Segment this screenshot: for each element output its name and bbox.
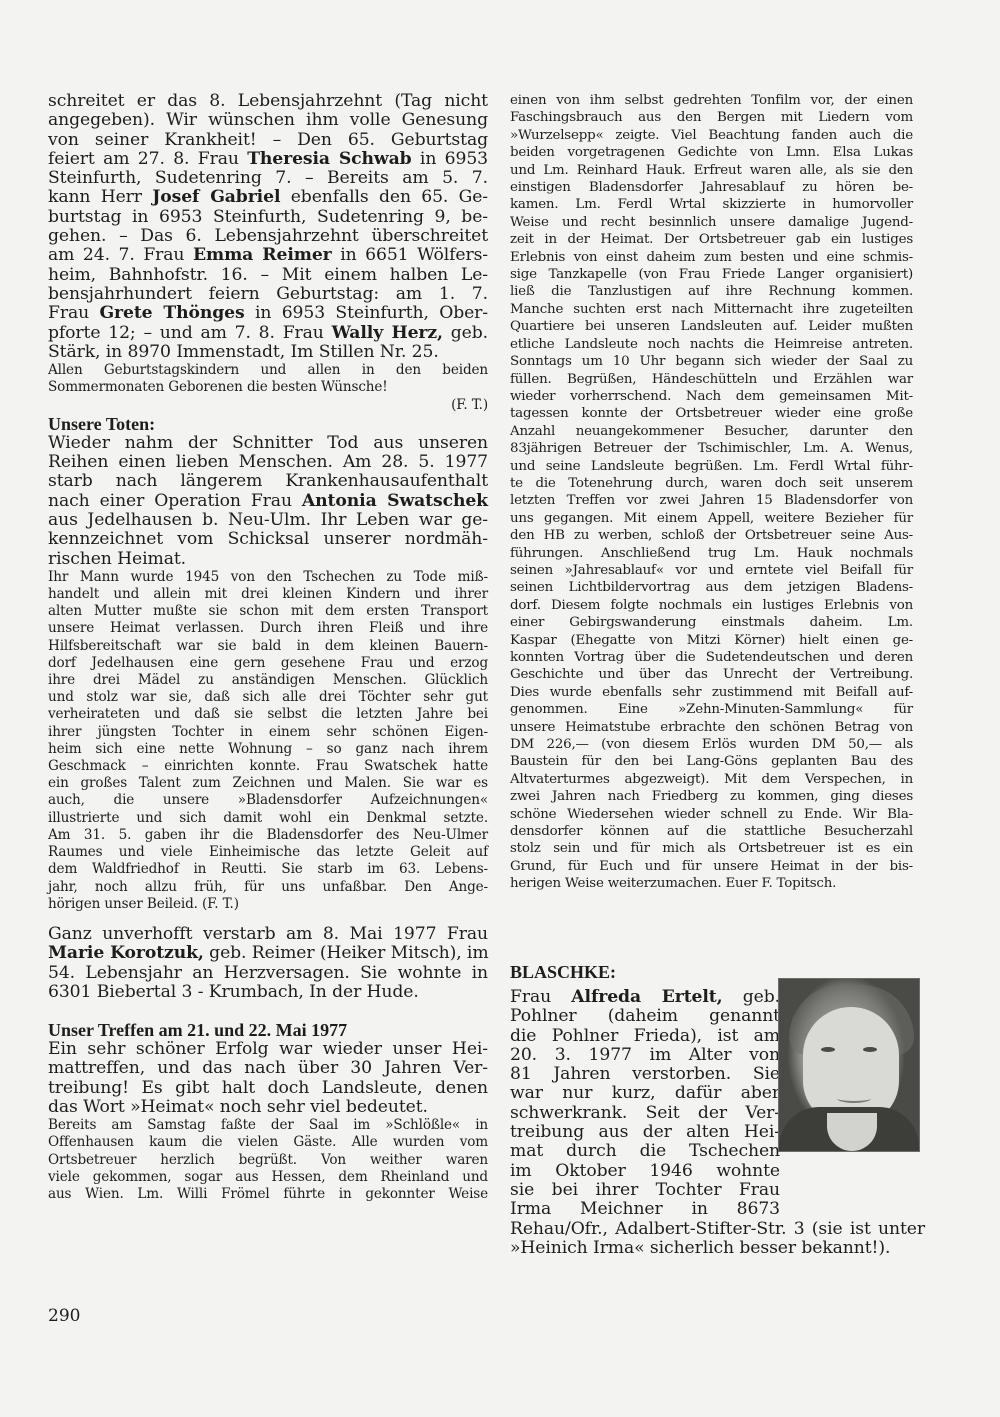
text-line: Ihr Mann wurde 1945 von den Tschechen zu… xyxy=(48,569,488,586)
text-line: letzten Treffen vor zwei Jahren 15 Blade… xyxy=(510,492,913,509)
text-line: rischen Heimat. xyxy=(48,550,488,569)
text-line: kamen. Lm. Ferdl Wrtal skizzierte in hum… xyxy=(510,196,913,213)
text-line: sige Tanzkapelle (von Frau Friede Langer… xyxy=(510,266,913,283)
text-line: handelt und allein mit drei kleinen Kind… xyxy=(48,586,488,603)
text-line: Anzahl neuangekommener Besucher, darunte… xyxy=(510,423,913,440)
blaschke-obituary-end: Rehau/Ofr., Adalbert-Stifter-Str. 3 (sie… xyxy=(510,1220,925,1259)
text-line: bensjahrhundert feiern Geburtstag: am 1.… xyxy=(48,285,488,304)
text-line: uns gegangen. Mit einem Appell, weitere … xyxy=(510,510,913,527)
birthdays-closing: Allen Geburtstagskindern und allen in de… xyxy=(48,362,488,396)
text-line: einen von ihm selbst gedrehten Tonfilm v… xyxy=(510,92,913,109)
person-name: Grete Thönges xyxy=(99,303,244,323)
text-line: und stolz war sie, daß sich alle drei Tö… xyxy=(48,689,488,706)
text-line: herigen Weise weiterzumachen. Euer F. To… xyxy=(510,875,913,892)
person-name: Wally Herz, xyxy=(332,323,443,343)
text-line: alten Mutter mußte sie schon mit dem ers… xyxy=(48,603,488,620)
text-line: seinen »Jahresablauf« vor und erntete vi… xyxy=(510,562,913,579)
korotzuk-notice: Ganz unverhofft verstarb am 8. Mai 1977 … xyxy=(48,925,488,1002)
text-line: Frau Alfreda Ertelt, geb. xyxy=(510,988,780,1007)
treffen-heading: Unser Treffen am 21. und 22. Mai 1977 xyxy=(48,1020,488,1040)
text-line: einer Gebirgswanderung einstmals daheim.… xyxy=(510,614,913,631)
text-line: schöne Wiedersehen wieder schnell zu End… xyxy=(510,806,913,823)
text-line: gehen. – Das 6. Lebensjahrzehnt überschr… xyxy=(48,227,488,246)
birthdays-signature: (F. T.) xyxy=(48,397,488,414)
text-line: stolz sein und für mich als Ortsbetreuer… xyxy=(510,840,913,857)
text-line: Geschmack – einrichten konnte. Frau Swat… xyxy=(48,758,488,775)
text-line: treibung! Es gibt halt doch Landsleute, … xyxy=(48,1079,488,1098)
text-line: das Wort »Heimat« noch sehr viel bedeute… xyxy=(48,1098,488,1117)
text-line: Pohlner (daheim genannt xyxy=(510,1007,780,1026)
text-line: etliche Landsleute noch nachts die Heimr… xyxy=(510,336,913,353)
text-line: ließ die Tanzlustigen auf ihre Rechnung … xyxy=(510,283,913,300)
text-line: Manche suchten erst nach Mitternacht ihr… xyxy=(510,301,913,318)
text-line: und seine Landsleute begrüßen. Lm. Ferdl… xyxy=(510,458,913,475)
text-line: Faschingsbrauch aus den Bergen mit Liede… xyxy=(510,109,913,126)
person-name: Josef Gabriel xyxy=(152,187,280,207)
text-line: starb nach längerem Krankenhausaufenthal… xyxy=(48,472,488,491)
treffen-body: Bereits am Samstag faßte der Saal im »Sc… xyxy=(48,1117,488,1203)
text-line: »Wurzelsepp« zeigte. Viel Beachtung fand… xyxy=(510,127,913,144)
text-line: Sonntags um 10 Uhr begann sich wieder de… xyxy=(510,353,913,370)
text-line: ihre drei Mädel zu anständigen Menschen.… xyxy=(48,672,488,689)
text-line: zeit in der Heimat. Der Ortsbetreuer gab… xyxy=(510,231,913,248)
text-line: schreitet er das 8. Lebensjahrzehnt (Tag… xyxy=(48,92,488,111)
left-column: schreitet er das 8. Lebensjahrzehnt (Tag… xyxy=(48,92,488,1203)
document-page: schreitet er das 8. Lebensjahrzehnt (Tag… xyxy=(0,0,1000,1417)
text-line: kann Herr Josef Gabriel ebenfalls den 65… xyxy=(48,188,488,207)
text-line: tagessen konnte der Ortsbetreuer wieder … xyxy=(510,405,913,422)
text-line: die Pohlner Frieda), ist am xyxy=(510,1027,780,1046)
text-line: feiert am 27. 8. Frau Theresia Schwab in… xyxy=(48,150,488,169)
text-line: unsere Heimatstube erbrachte den schönen… xyxy=(510,719,913,736)
text-line: Hilfsbereitschaft war sie bald in dem kl… xyxy=(48,638,488,655)
text-line: densdorfer können auf die stattliche Bes… xyxy=(510,823,913,840)
text-line: 6301 Biebertal 3 - Krumbach, In der Hude… xyxy=(48,983,488,1002)
birthdays-section: schreitet er das 8. Lebensjahrzehnt (Tag… xyxy=(48,92,488,362)
text-line: Sommermonaten Geborenen die besten Wünsc… xyxy=(48,379,488,396)
text-line: 81 Jahren verstorben. Sie xyxy=(510,1065,780,1084)
text-line: hörigen unser Beileid. (F. T.) xyxy=(48,896,488,913)
text-line: wieder vorherrschend. Nach dem gemeinsam… xyxy=(510,388,913,405)
person-name: Alfreda Ertelt, xyxy=(571,987,722,1007)
text-line: heim, Bahnhofstr. 16. – Mit einem halben… xyxy=(48,266,488,285)
text-line: illustrierte und sich damit wohl ein Den… xyxy=(48,810,488,827)
text-line: Ortsbetreuer herzlich begrüßt. Von weith… xyxy=(48,1152,488,1169)
text-line: beiden vorgetragenen Gedichte von Lmn. E… xyxy=(510,144,913,161)
text-line: am 24. 7. Frau Emma Reimer in 6651 Wölfe… xyxy=(48,246,488,265)
text-line: Steinfurth, Sudetenring 7. – Bereits am … xyxy=(48,169,488,188)
text-line: Grund, für Euch und für unsere Heimat in… xyxy=(510,858,913,875)
text-line: dorf Jedelhausen eine gern gesehene Frau… xyxy=(48,655,488,672)
text-line: Allen Geburtstagskindern und allen in de… xyxy=(48,362,488,379)
text-line: den HB zu werben, schloß der Ortsbetreue… xyxy=(510,527,913,544)
text-line: 83jährigen Betreuer der Tschimischler, L… xyxy=(510,440,913,457)
portrait-photo-icon xyxy=(778,978,920,1152)
text-line: Ganz unverhofft verstarb am 8. Mai 1977 … xyxy=(48,925,488,944)
text-line: angegeben). Wir wünschen ihm volle Genes… xyxy=(48,111,488,130)
page-number: 290 xyxy=(48,1306,80,1326)
text-line: Rehau/Ofr., Adalbert-Stifter-Str. 3 (sie… xyxy=(510,1220,925,1239)
text-line: kennzeichnet vom Schicksal unserer nordm… xyxy=(48,530,488,549)
right-column: einen von ihm selbst gedrehten Tonfilm v… xyxy=(510,92,913,893)
text-line: mattreffen, und das nach über 30 Jahren … xyxy=(48,1059,488,1078)
toten-heading: Unsere Toten: xyxy=(48,414,488,434)
text-line: Ein sehr schöner Erfolg war wieder unser… xyxy=(48,1040,488,1059)
text-line: mat durch die Tschechen xyxy=(510,1142,780,1161)
text-line: ein großes Talent zum Zeichnen und Malen… xyxy=(48,775,488,792)
person-name: Theresia Schwab xyxy=(247,149,411,169)
text-line: Kaspar (Ehegatte von Mitzi Körner) hielt… xyxy=(510,632,913,649)
text-line: DM 226,— (von diesem Erlös wurden DM 50,… xyxy=(510,736,913,753)
text-line: verheirateten und daß sie selbst die let… xyxy=(48,706,488,723)
text-line: einstigen Bladensdorfer Jahresablauf zu … xyxy=(510,179,913,196)
blaschke-obituary: Frau Alfreda Ertelt, geb.Pohlner (daheim… xyxy=(510,988,780,1220)
text-line: war nur kurz, dafür aber xyxy=(510,1084,780,1103)
text-line: nach einer Operation Frau Antonia Swatsc… xyxy=(48,492,488,511)
text-line: zwei Jahren nach Friedberg zu kommen, gi… xyxy=(510,788,913,805)
text-line: Stärk, in 8970 Immenstadt, Im Stillen Nr… xyxy=(48,343,488,362)
text-line: schwerkrank. Seit der Ver- xyxy=(510,1104,780,1123)
text-line: füllen. Begrüßen, Händeschütteln und Erz… xyxy=(510,371,913,388)
text-line: seinen Lichtbildervortrag aus dem jetzig… xyxy=(510,579,913,596)
text-line: genommen. Eine »Zehn-Minuten-Sammlung« f… xyxy=(510,701,913,718)
text-line: ihrer jüngsten Tochter in einem sehr sch… xyxy=(48,724,488,741)
text-line: aus Jedelhausen b. Neu-Ulm. Ihr Leben wa… xyxy=(48,511,488,530)
text-line: Baustein für den bei Lang-Göns geplanten… xyxy=(510,753,913,770)
text-line: aus Wien. Lm. Willi Frömel führte in gek… xyxy=(48,1186,488,1203)
text-line: jahr, noch allzu früh, für uns unfaßbar.… xyxy=(48,879,488,896)
text-line: Dies wurde ebenfalls sehr zustimmend mit… xyxy=(510,684,913,701)
text-line: 54. Lebensjahr an Herzversagen. Sie wohn… xyxy=(48,964,488,983)
text-line: Am 31. 5. gaben ihr die Bladensdorfer de… xyxy=(48,827,488,844)
text-line: konnten Vortrag über die Sudetendeutsche… xyxy=(510,649,913,666)
text-line: te die Totenehrung durch, waren doch sei… xyxy=(510,475,913,492)
text-line: Frau Grete Thönges in 6953 Steinfurth, O… xyxy=(48,304,488,323)
text-line: viele gekommen, sogar aus Hessen, dem Rh… xyxy=(48,1169,488,1186)
text-line: pforte 12; – und am 7. 8. Frau Wally Her… xyxy=(48,324,488,343)
text-line: im Oktober 1946 wohnte xyxy=(510,1162,780,1181)
text-line: Weise und recht besinnlich unsere damali… xyxy=(510,214,913,231)
text-line: Bereits am Samstag faßte der Saal im »Sc… xyxy=(48,1117,488,1134)
person-name: Emma Reimer xyxy=(193,245,332,265)
text-line: unsere Heimat verlassen. Durch ihren Fle… xyxy=(48,620,488,637)
text-line: Altvaterturmes abgezweigt). Mit dem Vers… xyxy=(510,771,913,788)
text-line: burtstag in 6953 Steinfurth, Sudetenring… xyxy=(48,208,488,227)
text-line: heim sich eine nette Wohnung – so ganz n… xyxy=(48,741,488,758)
text-line: 20. 3. 1977 im Alter von xyxy=(510,1046,780,1065)
text-line: sie bei ihrer Tochter Frau xyxy=(510,1181,780,1200)
text-line: und Lm. Reinhard Hauk. Erfreut waren all… xyxy=(510,162,913,179)
text-line: Offenhausen kaum die vielen Gäste. Alle … xyxy=(48,1134,488,1151)
text-line: dorf. Diesem folgte nochmals ein lustige… xyxy=(510,597,913,614)
text-line: von seiner Krankheit! – Den 65. Geburtst… xyxy=(48,131,488,150)
text-line: Geschichte und über das Unrecht der Vert… xyxy=(510,666,913,683)
text-line: Erlebnis von einst daheim zum besten und… xyxy=(510,249,913,266)
text-line: führungen. Anschließend trug Lm. Hauk no… xyxy=(510,545,913,562)
toten-intro: Wieder nahm der Schnitter Tod aus unsere… xyxy=(48,434,488,569)
treffen-intro: Ein sehr schöner Erfolg war wieder unser… xyxy=(48,1040,488,1117)
text-line: Irma Meichner in 8673 xyxy=(510,1200,780,1219)
text-line: treibung aus der alten Hei- xyxy=(510,1123,780,1142)
text-line: Marie Korotzuk, geb. Reimer (Heiker Mits… xyxy=(48,944,488,963)
text-line: »Heinich Irma« sicherlich besser bekannt… xyxy=(510,1239,925,1258)
treffen-continued: einen von ihm selbst gedrehten Tonfilm v… xyxy=(510,92,913,893)
text-line: Raumes und viele Einheimische das letzte… xyxy=(48,844,488,861)
text-line: Quartiere bei unseren Landsleuten auf. L… xyxy=(510,318,913,335)
text-line: Reihen einen lieben Menschen. Am 28. 5. … xyxy=(48,453,488,472)
person-name: Antonia Swatschek xyxy=(302,491,488,511)
text-line: Wieder nahm der Schnitter Tod aus unsere… xyxy=(48,434,488,453)
text-line: dem Waldfriedhof in Reutti. Sie starb im… xyxy=(48,861,488,878)
toten-body: Ihr Mann wurde 1945 von den Tschechen zu… xyxy=(48,569,488,913)
person-name: Marie Korotzuk, xyxy=(48,943,204,963)
text-line: auch, die unsere »Bladensdorfer Aufzeich… xyxy=(48,792,488,809)
